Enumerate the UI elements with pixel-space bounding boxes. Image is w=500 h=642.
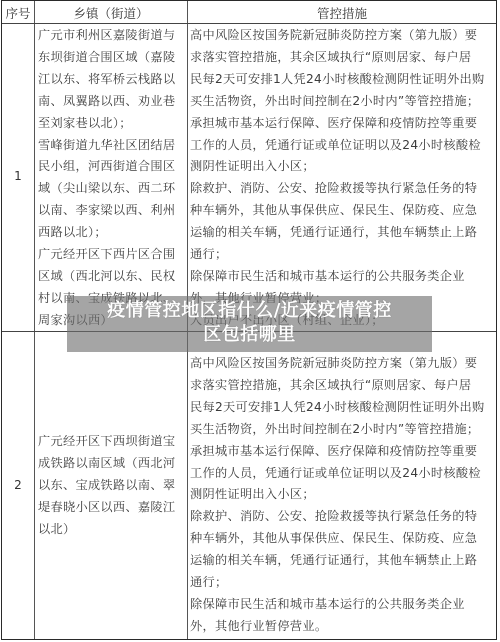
text-line: 通行； [190, 244, 498, 266]
text-line: 西路以北）； [38, 222, 188, 244]
text-line: 求落实管控措施，其余区域执行“原则居家、每户居 [190, 47, 498, 69]
text-line: 除救护、消防、公安、抢险救援等执行紧急任务的特 [190, 506, 498, 528]
text-line: 区域（西北河以东、民权 [38, 266, 188, 288]
row-1-area: 广元市利州区嘉陵街道与东坝街道合围区域（嘉陵江以东、将军桥云栈路以南、凤翼路以西… [38, 25, 188, 332]
text-line: 雪峰街道九华社区团结居 [38, 135, 188, 157]
text-line: 种车辆外，其他从事保供应、保民生、保防疫、应急 [190, 200, 498, 222]
text-line: 除保障市民生活和城市基本运行的公共服务类企业 [190, 594, 498, 616]
text-line: 以南、李家梁以西、利州 [38, 200, 188, 222]
text-line: 买生活物资，外出时间控制在2小时内”等管控措施； [190, 419, 498, 441]
text-line: 以东、宝成铁路以南、翠 [38, 475, 188, 497]
text-line: 工作的人员，凭通行证或单位证明以及24小时核酸检 [190, 135, 498, 157]
text-line: 高中风险区按国务院新冠肺炎防控方案（第九版）要 [190, 25, 498, 47]
text-line: 求落实管控措施，其余区域执行“原则居家、每户居 [190, 375, 498, 397]
text-line: 民小组，河西街道合围区 [38, 156, 188, 178]
text-line: 堤春晓小区以西、嘉陵江 [38, 497, 188, 519]
text-line: 至刘家巷以北）； [38, 113, 188, 135]
row-1-measures: 高中风险区按国务院新冠肺炎防控方案（第九版）要求落实管控措施，其余区域执行“原则… [190, 25, 498, 332]
text-line: 广元市利州区嘉陵街道与 [38, 25, 188, 47]
text-line: 运输的相关车辆，凭通行证通行，其他车辆禁止上路 [190, 550, 498, 572]
row-2-number: 2 [2, 478, 34, 492]
text-line: 江以东、将军桥云栈路以 [38, 69, 188, 91]
text-line: 广元经开区下西片区合围 [38, 244, 188, 266]
column-divider [34, 1, 35, 639]
text-line: 高中风险区按国务院新冠肺炎防控方案（第九版）要 [190, 353, 498, 375]
text-line: 成铁路以南区域（西北河 [38, 453, 188, 475]
text-line: 除救护、消防、公安、抢险救援等执行紧急任务的特 [190, 178, 498, 200]
header-measures: 管控措施 [188, 1, 496, 24]
title-line-2: 区包括哪里 [67, 323, 432, 347]
text-line: 民每2天可安排1人凭24小时核酸检测阴性证明外出购 [190, 69, 498, 91]
text-line: 种车辆外，其他从事保供应、保民生、保防疫、应急 [190, 528, 498, 550]
text-line: 测阴性证明出入小区； [190, 484, 498, 506]
row-1-number: 1 [2, 169, 34, 183]
text-line: 运输的相关车辆，凭通行证通行，其他车辆禁止上路 [190, 222, 498, 244]
text-line: 外，其他行业暂停营业。 [190, 616, 498, 638]
text-line: 买生活物资，外出时间控制在2小时内”等管控措施； [190, 91, 498, 113]
text-line: 工作的人员，凭通行证或单位证明以及24小时核酸检 [190, 463, 498, 485]
text-line: 广元经开区下西坝街道宝 [38, 431, 188, 453]
text-line: 以北） [38, 519, 188, 541]
text-line: 东坝街道合围区域（嘉陵 [38, 47, 188, 69]
row-2-measures: 高中风险区按国务院新冠肺炎防控方案（第九版）要求落实管控措施，其余区域执行“原则… [190, 353, 498, 638]
header-number: 序号 [2, 1, 34, 24]
text-line: 承担城市基本运行保障、医疗保障和疫情防控等重要 [190, 113, 498, 135]
row-2-area: 广元经开区下西坝街道宝成铁路以南区域（西北河以东、宝成铁路以南、翠堤春晓小区以西… [38, 431, 188, 541]
text-line: 南、凤翼路以西、劝业巷 [38, 91, 188, 113]
text-line: 除保障市民生活和城市基本运行的公共服务类企业 [190, 266, 498, 288]
text-line: 域（尖山梁以东、西二环 [38, 178, 188, 200]
title-banner: 疫情管控地区指什么/近来疫情管控 区包括哪里 [67, 296, 432, 352]
text-line: 民每2天可安排1人凭24小时核酸检测阴性证明外出购 [190, 397, 498, 419]
text-line: 承担城市基本运行保障、医疗保障和疫情防控等重要 [190, 441, 498, 463]
text-line: 测阴性证明出入小区； [190, 156, 498, 178]
title-line-1: 疫情管控地区指什么/近来疫情管控 [67, 299, 432, 323]
header-town: 乡镇（街道） [35, 1, 187, 24]
text-line: 通行； [190, 572, 498, 594]
